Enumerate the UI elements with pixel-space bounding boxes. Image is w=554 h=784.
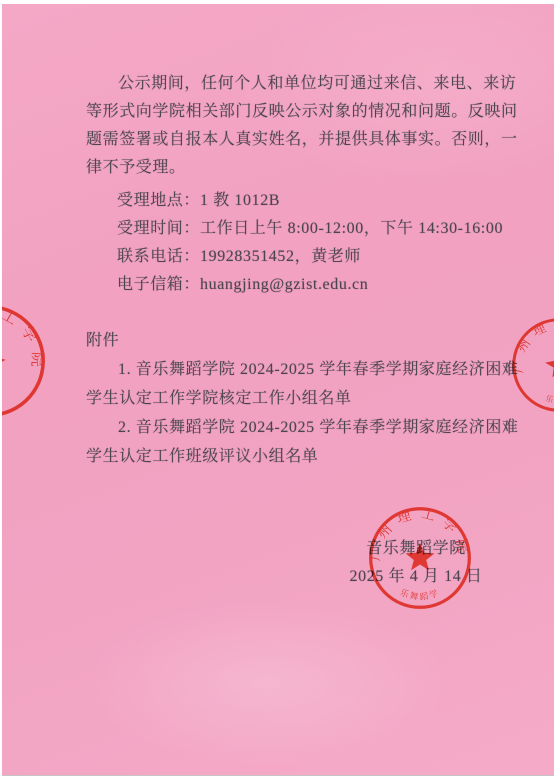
seal-department-text: 音乐舞蹈学院 <box>2 346 14 414</box>
notice-page: 公示期间，任何个人和单位均可通过来信、来电、来访 等形式向学院相关部门反映公示对… <box>2 4 554 775</box>
partial-seal-stamp-left: 广州理工学院 音乐舞蹈学院 <box>2 280 70 442</box>
star-icon <box>544 349 554 378</box>
body-paragraph: 公示期间，任何个人和单位均可通过来信、来电、来访 等形式向学院相关部门反映公示对… <box>86 70 518 182</box>
attachment-item-line: 学生认定工作班级评议小组名单 <box>86 442 519 471</box>
signature-block: 音乐舞蹈学院 2025 年 4 月 14 日 <box>338 535 494 591</box>
contact-location-line: 受理地点：1 教 1012B <box>86 187 503 215</box>
contact-email-line: 电子信箱：huangjing@gzist.edu.cn <box>86 271 503 299</box>
contact-hours-line: 受理时间：工作日上午 8:00-12:00，下午 14:30-16:00 <box>86 215 503 243</box>
attachment-item-line: 学生认定工作学院核定工作小组名单 <box>86 384 519 413</box>
seal-ring <box>2 295 55 426</box>
seal-university-text: 广州理工学院 <box>2 291 59 379</box>
star-icon <box>2 341 9 378</box>
contact-phone-line: 联系电话：19928351452，黄老师 <box>86 243 503 271</box>
scanned-notice-background: { "document": { "paragraph_lines": [ "公示… <box>0 0 554 784</box>
attachment-item-line: 2. 音乐舞蹈学院 2024-2025 学年春季学期家庭经济困难 <box>86 413 519 442</box>
signature-date: 2025 年 4 月 14 日 <box>338 563 494 591</box>
paragraph-line: 律不予受理。 <box>86 154 518 182</box>
paragraph-line: 题需签署或自报本人真实姓名，并提供具体事实。否则，一 <box>86 126 518 154</box>
attachments-heading: 附件 <box>86 326 519 355</box>
paragraph-line: 公示期间，任何个人和单位均可通过来信、来电、来访 <box>86 70 518 98</box>
contact-info-block: 受理地点：1 教 1012B 受理时间：工作日上午 8:00-12:00，下午 … <box>86 187 503 299</box>
seal-department-text: 音乐舞蹈学院 <box>538 354 554 407</box>
paragraph-line: 等形式向学院相关部门反映公示对象的情况和问题。反映问 <box>86 98 518 126</box>
attachments-block: 附件 1. 音乐舞蹈学院 2024-2025 学年春季学期家庭经济困难 学生认定… <box>86 326 519 471</box>
signature-organization: 音乐舞蹈学院 <box>338 535 494 563</box>
attachment-item-line: 1. 音乐舞蹈学院 2024-2025 学年春季学期家庭经济困难 <box>86 355 519 384</box>
